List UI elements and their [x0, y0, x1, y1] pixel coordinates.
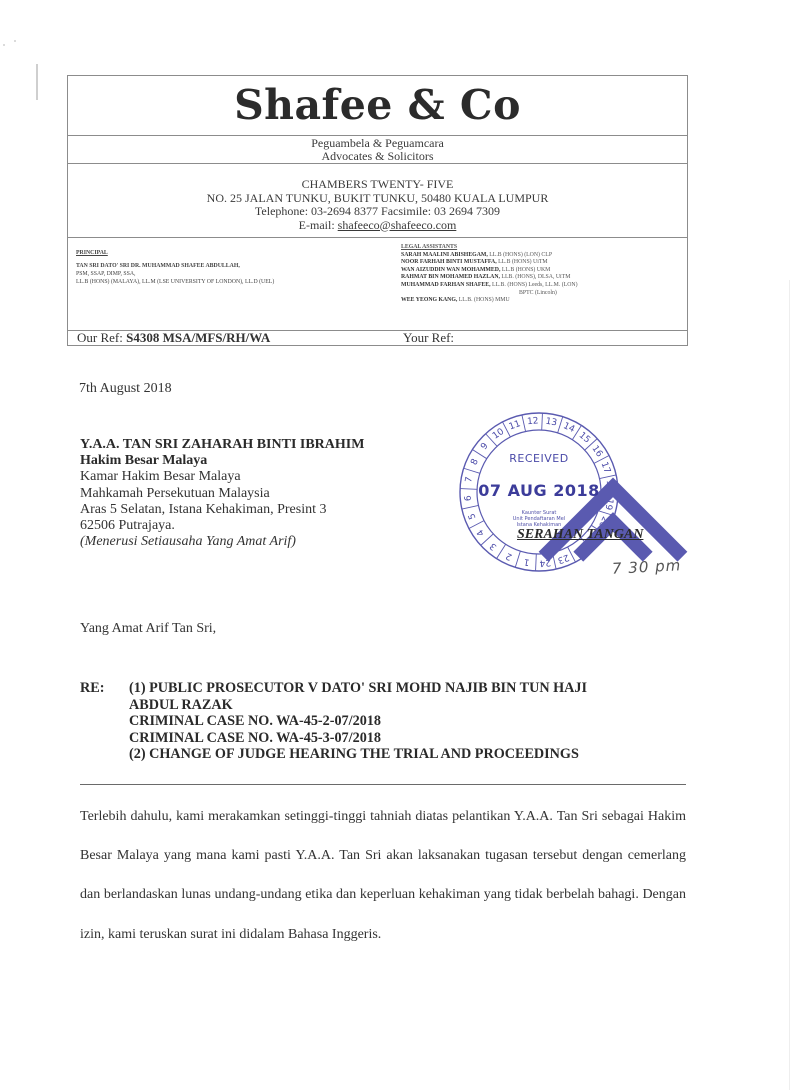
- your-reference: Your Ref:: [403, 330, 454, 346]
- subject-line: ABDUL RAZAK: [129, 697, 689, 714]
- addressee-line: 62506 Putrajaya.: [80, 518, 364, 534]
- letterhead-address: CHAMBERS TWENTY- FIVE NO. 25 JALAN TUNKU…: [68, 164, 687, 238]
- addressee-line: Mahkamah Persekutuan Malaysia: [80, 486, 364, 502]
- phone-fax: Telephone: 03-2694 8377 Facsimile: 03 26…: [68, 205, 687, 219]
- stamp-label: RECEIVED: [458, 452, 620, 465]
- letter-date: 7th August 2018: [79, 381, 172, 397]
- scan-artifact: [36, 64, 38, 100]
- principal-qualifications: LL.B (HONS) (MALAYA), LL.M (LSE UNIVERSI…: [76, 278, 386, 286]
- addressee-via: (Menerusi Setiausaha Yang Amat Arif): [80, 534, 364, 550]
- letterhead-people: PRINCIPAL TAN SRI DATO' SRI DR. MUHAMMAD…: [68, 238, 687, 331]
- subject-lines: (1) PUBLIC PROSECUTOR V DATO' SRI MOHD N…: [129, 680, 689, 763]
- legal-assistants-heading: LEGAL ASSISTANTS: [401, 244, 686, 252]
- received-stamp: 123456789101112131415161718192021222324 …: [458, 411, 620, 573]
- tagline-english: Advocates & Solicitors: [68, 150, 687, 163]
- subject-line: (2) CHANGE OF JUDGE HEARING THE TRIAL AN…: [129, 746, 689, 763]
- email-link[interactable]: shafeeco@shafeeco.com: [338, 218, 457, 232]
- legal-assistant: WEE YEONG KANG, LL.B. (HONS) MMU: [401, 297, 686, 305]
- reference-row: Our Ref: S4308 MSA/MFS/RH/WA Your Ref:: [68, 330, 687, 346]
- letterhead-title-row: Shafee & Co: [68, 76, 687, 136]
- addressee-line: Aras 5 Selatan, Istana Kehakiman, Presin…: [80, 502, 364, 518]
- subject-line: CRIMINAL CASE NO. WA-45-3-07/2018: [129, 730, 689, 747]
- delivery-note: SERAHAN TANGAN: [517, 527, 643, 543]
- email-line: E-mail: shafeeco@shafeeco.com: [68, 219, 687, 233]
- stamp-date: 07 AUG 2018: [458, 481, 620, 500]
- chambers-name: CHAMBERS TWENTY- FIVE: [68, 178, 687, 192]
- legal-assistant: MUHAMMAD FARHAN SHAFEE, LL.B. (HONS) Lee…: [401, 282, 686, 290]
- handwritten-time: 7 30 pm: [612, 556, 682, 578]
- letterhead: Shafee & Co Peguambela & Peguamcara Advo…: [67, 75, 688, 346]
- subject-line: (1) PUBLIC PROSECUTOR V DATO' SRI MOHD N…: [129, 680, 689, 697]
- our-reference: Our Ref: S4308 MSA/MFS/RH/WA: [77, 330, 270, 346]
- subject-label: RE:: [80, 680, 104, 697]
- addressee-title: Hakim Besar Malaya: [80, 453, 364, 469]
- body-paragraph: Terlebih dahulu, kami merakamkan setingg…: [80, 797, 686, 954]
- salutation: Yang Amat Arif Tan Sri,: [80, 621, 216, 637]
- principal-block: PRINCIPAL TAN SRI DATO' SRI DR. MUHAMMAD…: [76, 249, 386, 286]
- principal-heading: PRINCIPAL: [76, 249, 386, 257]
- letterhead-tagline: Peguambela & Peguamcara Advocates & Soli…: [68, 135, 687, 164]
- legal-assistant: RAHMAT BIN MOHAMED HAZLAN, LLB. (HONS), …: [401, 274, 686, 282]
- addressee-block: Y.A.A. TAN SRI ZAHARAH BINTI IBRAHIM Hak…: [80, 437, 364, 550]
- scan-artifact: [14, 40, 16, 42]
- addressee-line: Kamar Hakim Besar Malaya: [80, 469, 364, 485]
- principal-honours: PSM, SSAP, DIMP, SSA,: [76, 270, 386, 278]
- firm-name: Shafee & Co: [234, 76, 521, 135]
- street-address: NO. 25 JALAN TUNKU, BUKIT TUNKU, 50480 K…: [68, 192, 687, 206]
- legal-assistant: NOOR FARHAH BINTI MUSTAFFA, LL.B (HONS) …: [401, 259, 686, 267]
- scan-artifact: [3, 44, 5, 46]
- subject-divider: [80, 784, 686, 785]
- addressee-name: Y.A.A. TAN SRI ZAHARAH BINTI IBRAHIM: [80, 437, 364, 453]
- principal-name: TAN SRI DATO' SRI DR. MUHAMMAD SHAFEE AB…: [76, 262, 386, 270]
- page-edge: [789, 280, 790, 1090]
- stamp-unit: Kaunter Surat Unit Pendaftaran Mel Istan…: [458, 510, 620, 528]
- legal-assistants-block: LEGAL ASSISTANTS SARAH MAALINI ABISHEGAM…: [401, 244, 686, 305]
- subject-line: CRIMINAL CASE NO. WA-45-2-07/2018: [129, 713, 689, 730]
